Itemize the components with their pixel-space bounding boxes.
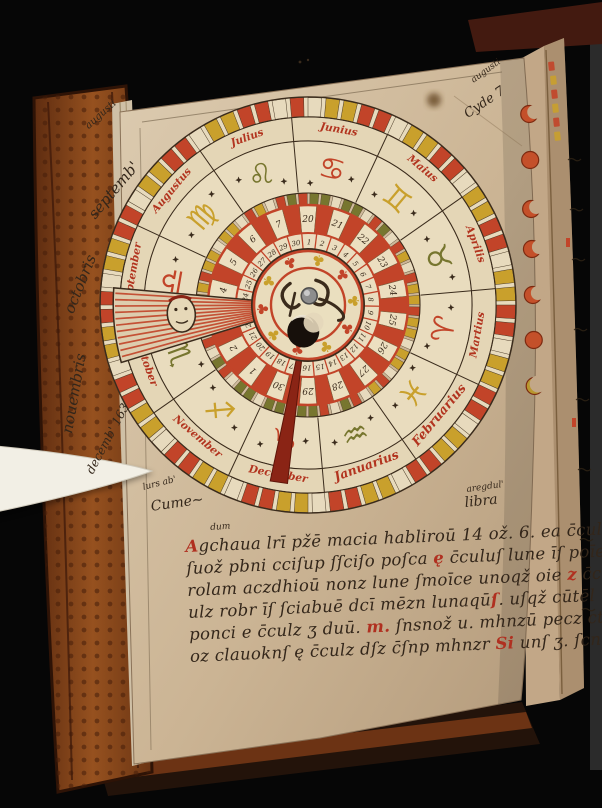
inner-day-number: 16 bbox=[302, 364, 312, 372]
moon-phase-full bbox=[525, 332, 542, 349]
manuscript-photo: JuniusMaiusAprilisMartiusFebruariusJanua… bbox=[0, 0, 602, 808]
outer-day-number: 20 bbox=[301, 215, 314, 225]
moon-phase-full bbox=[522, 152, 539, 169]
moon-phase-shadow bbox=[527, 105, 541, 119]
margin-note-dum: dum bbox=[210, 523, 231, 533]
inner-day-number: 1 bbox=[307, 238, 312, 246]
manuscript-text-block: Agchaua lrī pžē macia habliroū 14 ož. 6.… bbox=[185, 521, 540, 667]
moon-phase-shadow bbox=[532, 240, 546, 254]
fleuron-ornament: ♣ bbox=[253, 302, 272, 317]
margin-note-libra: libra bbox=[464, 493, 498, 510]
fleuron-ornament: ♣ bbox=[344, 294, 363, 309]
moon-phase-shadow bbox=[531, 286, 545, 300]
backdrop-strip bbox=[590, 26, 602, 770]
outer-day-number: 29 bbox=[302, 385, 315, 395]
center-pin bbox=[301, 287, 318, 304]
moon-phase-shadow bbox=[529, 200, 543, 214]
moon-phase-shadow bbox=[530, 376, 547, 393]
